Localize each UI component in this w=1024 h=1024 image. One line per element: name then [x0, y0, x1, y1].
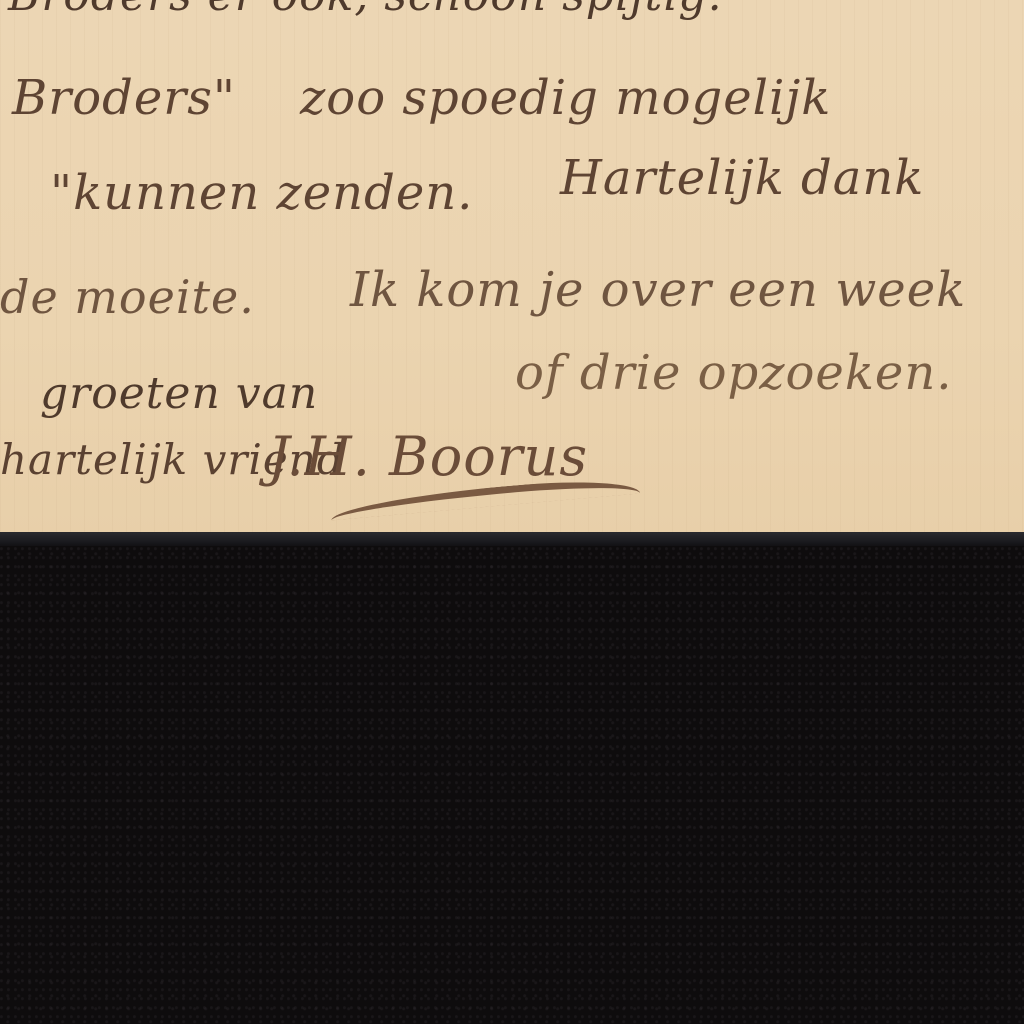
handwriting-line-2: Broders" [12, 70, 236, 126]
handwriting-line-4: de moeite. [0, 270, 255, 324]
letter-paper: Broders er ook, schoon spijtig. Broders"… [0, 0, 1024, 536]
handwriting-line-5: groeten van [40, 368, 318, 419]
paper-edge [0, 532, 1024, 546]
handwriting-line-5b: of drie opzoeken. [515, 345, 953, 401]
handwriting-line-3: "kunnen zenden. [50, 165, 473, 221]
handwriting-line-1: Broders er ook, schoon spijtig. [8, 0, 723, 21]
handwriting-line-2b: zoo spoedig mogelijk [300, 70, 831, 126]
black-backing [0, 546, 1024, 1024]
handwriting-line-3b: Hartelijk dank [560, 150, 924, 206]
signature: J.H. Boorus [268, 425, 588, 488]
handwriting-line-4b: Ik kom je over een week [350, 262, 966, 318]
